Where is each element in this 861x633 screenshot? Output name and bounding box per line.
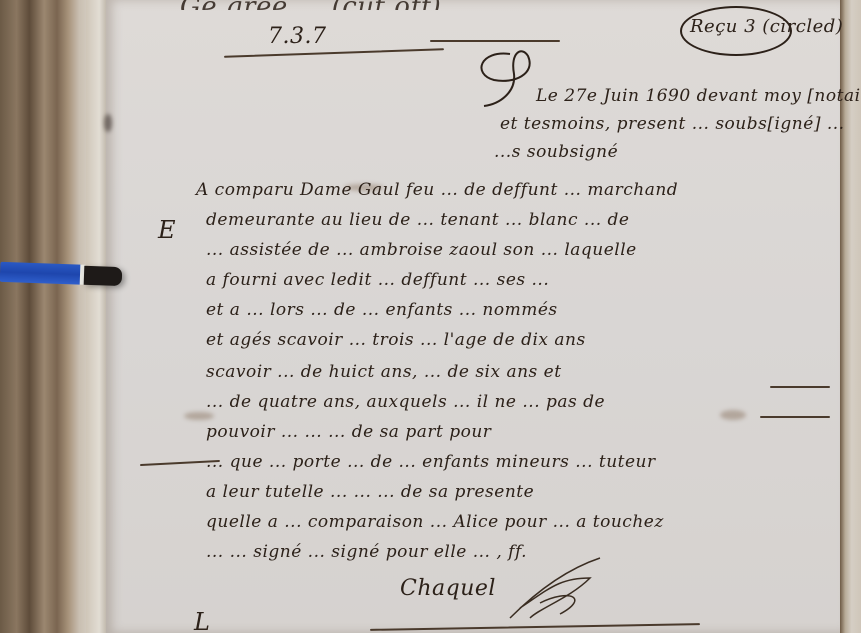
date-line: Le 27e Juin 1690 devant moy [notaire] bbox=[536, 86, 861, 106]
line-filler bbox=[770, 386, 830, 388]
body-line: a fourni avec ledit ... deffunt ... ses … bbox=[206, 270, 549, 290]
body-line: ... ... signé ... signé pour elle ... , … bbox=[206, 542, 527, 562]
body-line: et agés scavoir ... trois ... l'age de d… bbox=[206, 330, 586, 350]
pencil-body bbox=[0, 262, 82, 285]
body-line: ... de quatre ans, auxquels ... il ne ..… bbox=[206, 392, 605, 412]
body-line: a leur tutelle ... ... ... de sa present… bbox=[206, 482, 534, 502]
top-right-annotation: Reçu 3 (circled) bbox=[690, 16, 843, 37]
pencil-object bbox=[0, 260, 124, 290]
body-line: ... que ... porte ... de ... enfants min… bbox=[206, 452, 656, 472]
folio-number: 7.3.7 bbox=[268, 24, 326, 49]
margin-note: E bbox=[158, 216, 176, 244]
next-entry-start: L bbox=[194, 608, 210, 633]
pencil-tip bbox=[84, 266, 123, 286]
ink-stain bbox=[720, 410, 746, 420]
page-blemish bbox=[104, 114, 112, 132]
body-line: A comparu Dame Gaul feu ... de deffunt .… bbox=[196, 180, 678, 200]
book-binding bbox=[0, 0, 92, 633]
body-line: ... assistée de ... ambroise zaoul son .… bbox=[206, 240, 637, 260]
signature-paraph bbox=[500, 548, 620, 633]
line-filler bbox=[760, 416, 830, 418]
body-line: scavoir ... de huict ans, ... de six ans… bbox=[206, 362, 562, 382]
binding-strip bbox=[86, 0, 108, 633]
body-line: pouvoir ... ... ... de sa part pour bbox=[206, 422, 491, 442]
body-line: demeurante au lieu de ... tenant ... bla… bbox=[206, 210, 629, 230]
body-line: quelle a ... comparaison ... Alice pour … bbox=[206, 512, 664, 532]
intro-line: ...s soubsigné bbox=[494, 142, 618, 162]
ink-stain bbox=[184, 412, 214, 420]
signature: Chaquel bbox=[400, 576, 496, 601]
header-underline-right bbox=[430, 40, 560, 42]
intro-line: et tesmoins, present ... soubs[igné] ... bbox=[500, 114, 845, 134]
body-line: et a ... lors ... de ... enfants ... nom… bbox=[206, 300, 558, 320]
